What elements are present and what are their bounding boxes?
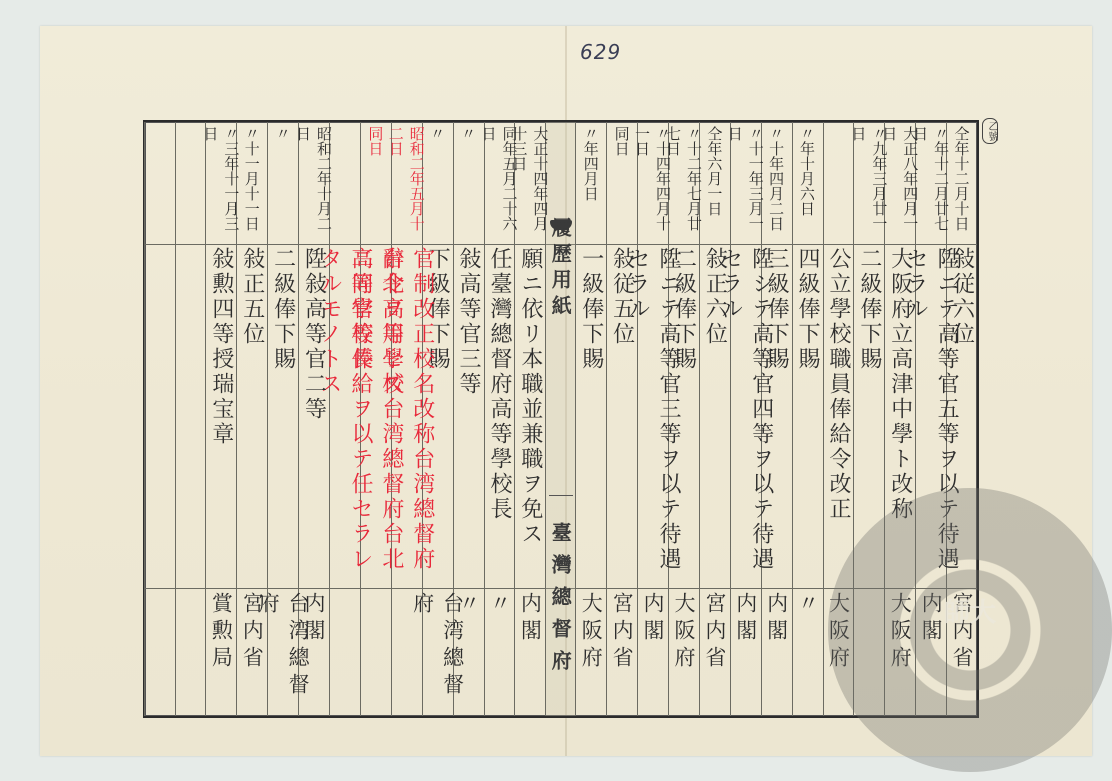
entry-date [145, 126, 175, 244]
entry-office [145, 592, 175, 712]
entry-date [824, 126, 854, 244]
entry-column: 〃二級俸下賜台湾總督府 [267, 122, 298, 716]
entry-event: 陞シテ高等官四等ヲ以テ待遇セラル [731, 247, 761, 587]
entry-event: 敍勲四等授瑞宝章 [206, 247, 236, 587]
entry-column: 〃三年十一月三日敍勲四等授瑞宝章賞勲局 [205, 122, 236, 716]
entry-column: 〃年十月六日四級俸下賜〃 [792, 122, 823, 716]
entry-office: 賞勲局 [206, 592, 236, 712]
entry-event: 二級俸下賜 [268, 247, 298, 587]
entry-date: 〃年四月日 [576, 126, 606, 244]
entry-date: 〃年十月六日 [793, 126, 823, 244]
entry-date: 同年五月二十六日 [485, 126, 515, 244]
entry-office [392, 592, 422, 712]
entry-office [330, 592, 360, 712]
strip-divider [549, 495, 573, 496]
entry-office: 内閣 [731, 592, 761, 712]
entry-event: 願ニ依リ本職並兼職ヲ免ス [515, 247, 545, 587]
entry-date: 同日 [607, 126, 637, 244]
seal-text: 師大 [930, 595, 1010, 675]
entry-date: 〃三年十一月三日 [206, 126, 236, 244]
issuing-org: 臺灣總督府 [546, 522, 575, 682]
entry-office [361, 592, 391, 712]
entry-date: 同日 [361, 126, 391, 244]
entry-event: 敍正六位 [700, 247, 730, 587]
entry-date: 昭和二年五月十二日 [392, 126, 422, 244]
entry-event: 一級俸下賜 [576, 247, 606, 587]
entry-office: 内閣 [762, 592, 792, 712]
form-label: 乙號 [982, 118, 998, 144]
entry-date: 〃 [454, 126, 484, 244]
entry-event: 任臺灣總督府高等學校長 [485, 247, 515, 587]
entry-column: 〃十四年四月十一日陞ニテ高等官三等ヲ以テ待遇セラル内閣 [637, 122, 668, 716]
entry-office: 台湾總督府 [423, 592, 453, 712]
entry-column: 同年五月二十六日任臺灣總督府高等學校長〃 [484, 122, 515, 716]
entry-office: 大阪府 [669, 592, 699, 712]
entry-event: 公立學校職員俸給令改正 [824, 247, 854, 587]
page-number: 629 [580, 40, 621, 64]
entry-column: 同日敍従五位宮内省 [606, 122, 637, 716]
entry-date [176, 126, 206, 244]
entry-event: 敍高等官三等 [454, 247, 484, 587]
entry-event: 敍従五位 [607, 247, 637, 587]
entry-date: 〃 [268, 126, 298, 244]
entry-event: 敍正五位 [237, 247, 267, 587]
entry-date: 〃十一年三月一日 [731, 126, 761, 244]
entry-column: 〃年四月日一級俸下賜大阪府 [575, 122, 606, 716]
entry-event [145, 247, 175, 587]
entry-office: 内閣 [515, 592, 545, 712]
entry-column: 〃十一年三月一日陞シテ高等官四等ヲ以テ待遇セラル内閣 [730, 122, 761, 716]
entry-office: 内閣 [638, 592, 668, 712]
entry-date: 〃十四年四月十一日 [638, 126, 668, 244]
entry-office: 〃 [485, 592, 515, 712]
entry-office: 宮内省 [607, 592, 637, 712]
entry-event: 陞ニテ高等官三等ヲ以テ待遇セラル [638, 247, 668, 587]
entry-event: 二同官等俸給ヲ以テ任セラレタルモノトス [330, 247, 360, 587]
entry-column [175, 122, 206, 716]
entry-office: 〃 [793, 592, 823, 712]
entry-office: 宮内省 [237, 592, 267, 712]
entry-office [176, 592, 206, 712]
entry-event: 陞敍高等官二等 [299, 247, 329, 587]
entry-office: 宮内省 [700, 592, 730, 712]
entry-office: 台湾總督府 [268, 592, 298, 712]
entry-column [144, 122, 175, 716]
entry-date: 昭和二年十月二日 [299, 126, 329, 244]
entry-office: 大阪府 [576, 592, 606, 712]
entry-event: 四級俸下賜 [793, 247, 823, 587]
entry-event [176, 247, 206, 587]
entry-date: 〃九年三月廿一日 [854, 126, 884, 244]
